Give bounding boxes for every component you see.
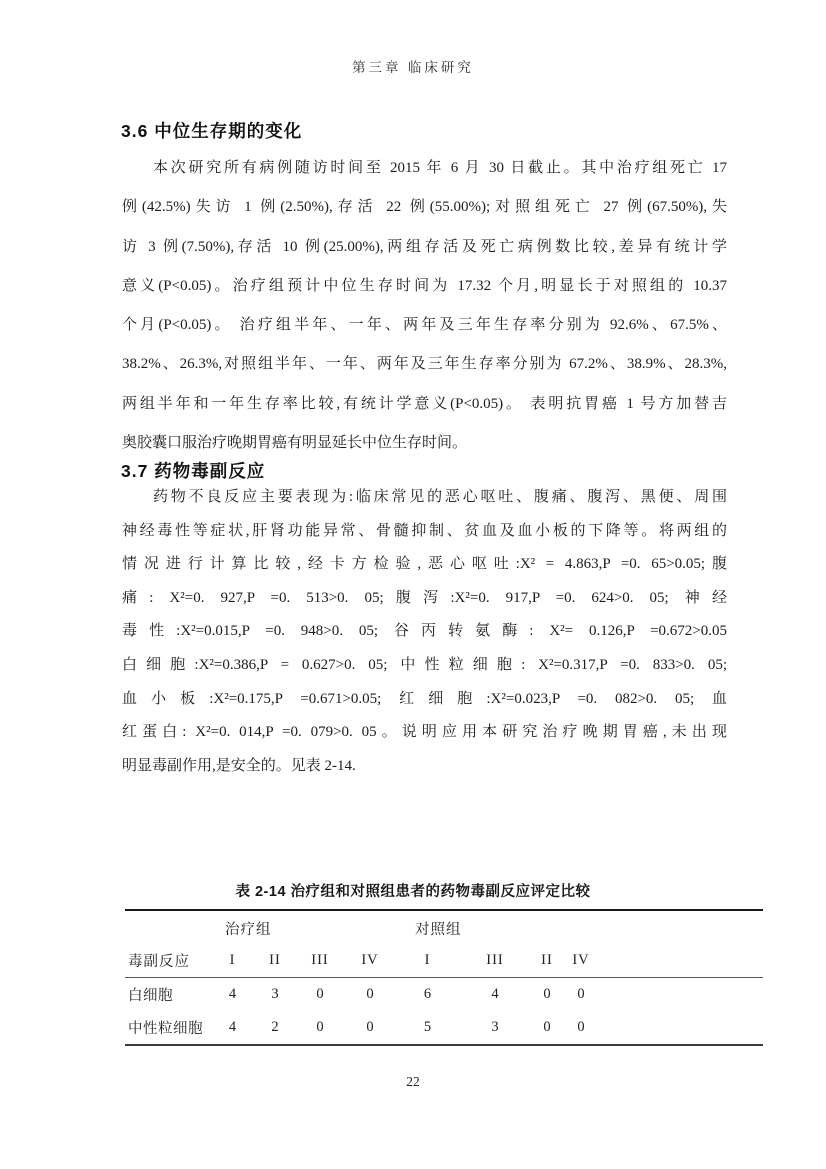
text-line: 例(42.5%)失访 1 例(2.50%),存活 22 例(55.00%);对照… <box>122 188 727 227</box>
table-row: 白细胞 4 3 0 0 6 4 0 0 <box>125 978 763 1012</box>
cell: 4 <box>210 1011 255 1045</box>
paragraph-survival: 本次研究所有病例随访时间至 2015 年 6 月 30 日截止。其中治疗组死亡 … <box>122 149 727 463</box>
running-header: 第三章 临床研究 <box>0 56 826 76</box>
cell: 4 <box>210 978 255 1012</box>
text-line: 明显毒副作用,是安全的。见表 2-14. <box>122 750 727 784</box>
text-line: 神经毒性等症状,肝肾功能异常、骨髓抑制、贫血及血小板的下降等。将两组的 <box>122 515 727 549</box>
cell: 3 <box>460 1011 530 1045</box>
row-label: 中性粒细胞 <box>125 1011 210 1045</box>
text-line: 访 3 例(7.50%),存活 10 例(25.00%),两组存活及死亡病例数比… <box>122 228 727 267</box>
column-header: II <box>255 944 295 978</box>
cell-filler <box>598 1011 763 1045</box>
cell: 0 <box>295 978 345 1012</box>
column-header: II <box>530 944 564 978</box>
text-line: 药物不良反应主要表现为:临床常见的恶心呕吐、腹痛、腹泻、黑便、周围 <box>122 481 727 515</box>
cell: 4 <box>460 978 530 1012</box>
document-page: 第三章 临床研究 3.6 中位生存期的变化 本次研究所有病例随访时间至 2015… <box>0 0 826 1169</box>
toxicity-table: 治疗组 对照组 毒副反应 I II III IV I III II IV <box>125 909 763 1046</box>
column-header: IV <box>564 944 598 978</box>
section-heading-3-7: 3.7 药物毒副反应 <box>121 458 265 483</box>
text-line: 白细胞:X²=0.386,P = 0.627>0. 05; 中性粒细胞: X²=… <box>122 649 727 683</box>
cell: 2 <box>255 1011 295 1045</box>
paragraph-toxicity: 药物不良反应主要表现为:临床常见的恶心呕吐、腹痛、腹泻、黑便、周围神经毒性等症状… <box>122 481 727 783</box>
cell-filler <box>598 978 763 1012</box>
cell: 6 <box>395 978 460 1012</box>
page-number: 22 <box>0 1074 826 1090</box>
cell: 0 <box>345 978 395 1012</box>
column-header-label: 毒副反应 <box>125 944 210 978</box>
table-row: 中性粒细胞 4 2 0 0 5 3 0 0 <box>125 1011 763 1045</box>
section-heading-3-6: 3.6 中位生存期的变化 <box>121 118 302 143</box>
text-line: 情况进行计算比较,经卡方检验,恶心呕吐:X² = 4.863,P =0. 65>… <box>122 548 727 582</box>
text-line: 红蛋白: X²=0. 014,P =0. 079>0. 05。说明应用本研究治疗… <box>122 716 727 750</box>
text-line: 38.2%、26.3%,对照组半年、一年、两年及三年生存率分别为 67.2%、3… <box>122 345 727 384</box>
text-line: 意义(P<0.05)。治疗组预计中位生存时间为 17.32 个月,明显长于对照组… <box>122 267 727 306</box>
column-header-filler <box>598 944 763 978</box>
group-header-control: 对照组 <box>415 918 462 939</box>
text-line: 本次研究所有病例随访时间至 2015 年 6 月 30 日截止。其中治疗组死亡 … <box>122 149 727 188</box>
column-header: I <box>395 944 460 978</box>
cell: 0 <box>564 1011 598 1045</box>
column-header: IV <box>345 944 395 978</box>
cell: 0 <box>295 1011 345 1045</box>
cell: 0 <box>530 978 564 1012</box>
text-line: 痛: X²=0. 927,P =0. 513>0. 05;腹泻:X²=0. 91… <box>122 582 727 616</box>
column-header: I <box>210 944 255 978</box>
text-line: 两组半年和一年生存率比较,有统计学意义(P<0.05)。 表明抗胃癌 1 号方加… <box>122 385 727 424</box>
cell: 0 <box>345 1011 395 1045</box>
group-header-treatment: 治疗组 <box>225 918 272 939</box>
cell: 0 <box>530 1011 564 1045</box>
row-label: 白细胞 <box>125 978 210 1012</box>
cell: 5 <box>395 1011 460 1045</box>
column-header: III <box>460 944 530 978</box>
column-header: III <box>295 944 345 978</box>
group-header-row: 治疗组 对照组 <box>125 910 763 944</box>
column-header-row: 毒副反应 I II III IV I III II IV <box>125 944 763 978</box>
cell: 0 <box>564 978 598 1012</box>
table-caption: 表 2-14 治疗组和对照组患者的药物毒副反应评定比较 <box>0 880 826 901</box>
cell: 3 <box>255 978 295 1012</box>
text-line: 个月(P<0.05)。 治疗组半年、一年、两年及三年生存率分别为 92.6%、6… <box>122 306 727 345</box>
text-line: 毒性:X²=0.015,P =0. 948>0. 05; 谷丙转氨酶: X²= … <box>122 615 727 649</box>
text-line: 血小板:X²=0.175,P =0.671>0.05; 红细胞:X²=0.023… <box>122 683 727 717</box>
